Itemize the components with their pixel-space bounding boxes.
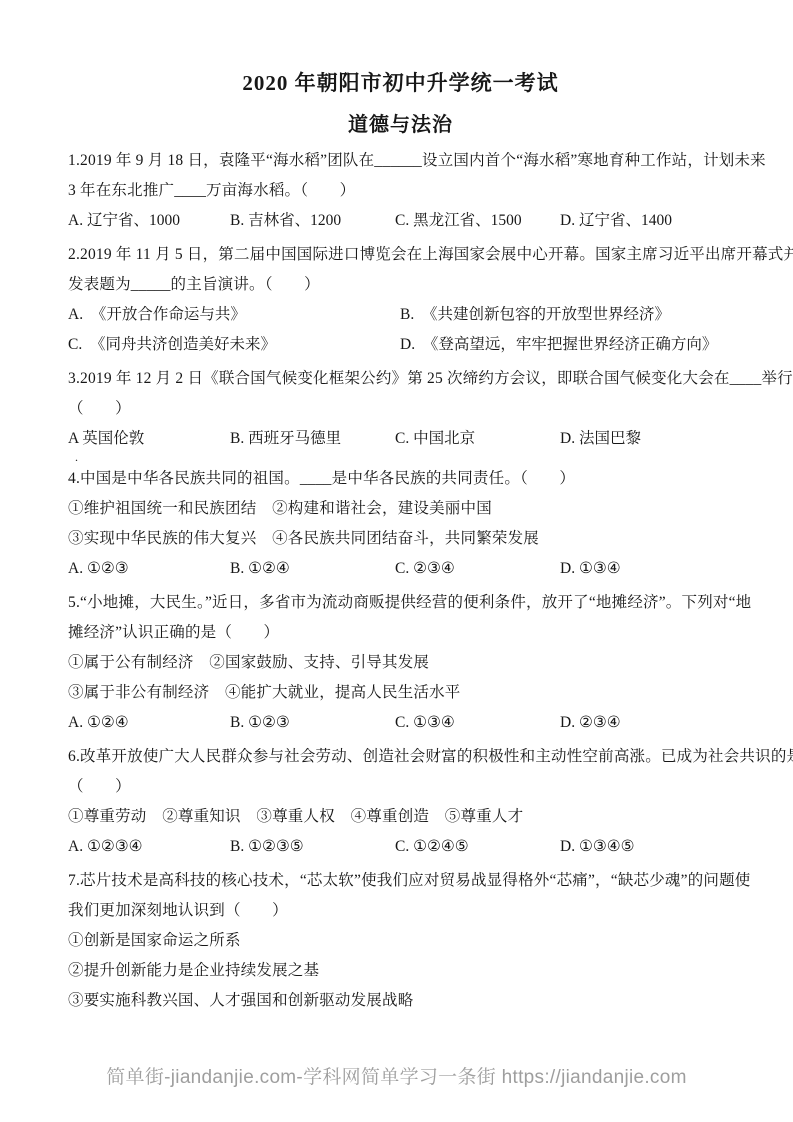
question-5-text-line-1: 5.“小地摊，大民生。”近日，多省市为流动商贩提供经营的便利条件，放开了“地摊经…: [68, 588, 733, 618]
question-6-items-line-1: ①尊重劳动 ②尊重知识 ③尊重人权 ④尊重创造 ⑤尊重人才: [68, 802, 733, 832]
exam-page: 2020 年朝阳市初中升学统一考试 道德与法治 1.2019 年 9 月 18 …: [0, 0, 793, 1122]
question-7: 7.芯片技术是高科技的核心技术，“芯太软”使我们应对贸易战显得格外“芯痛”，“缺…: [68, 866, 733, 1016]
question-7-text-line-2: 我们更加深刻地认识到（ ）: [68, 896, 733, 926]
question-2-text-line-2: 发表题为_____的主旨演讲。（ ）: [68, 270, 733, 300]
question-6-option-a: A. ①②③④: [68, 832, 230, 862]
watermark-footer: 简单街-jiandanjie.com-学科网简单学习一条街 https://ji…: [0, 1062, 793, 1089]
question-2-text-line-1: 2.2019 年 11 月 5 日，第二届中国国际进口博览会在上海国家会展中心开…: [68, 240, 733, 270]
exam-title: 2020 年朝阳市初中升学统一考试: [68, 70, 733, 96]
question-2-option-d: D. 《登高望远，牢牢把握世界经济正确方向》: [400, 330, 733, 360]
question-5-options: A. ①②④ B. ①②③ C. ①③④ D. ②③④: [68, 708, 733, 738]
question-7-items-line-1: ①创新是国家命运之所系: [68, 926, 733, 956]
question-6-options: A. ①②③④ B. ①②③⑤ C. ①②④⑤ D. ①③④⑤: [68, 832, 733, 862]
question-3-option-d: D. 法国巴黎: [560, 424, 733, 454]
question-4-items-line-2: ③实现中华民族的伟大复兴 ④各民族共同团结奋斗，共同繁荣发展: [68, 524, 733, 554]
question-6-text-line-1: 6.改革开放使广大人民群众参与社会劳动、创造社会财富的积极性和主动性空前高涨。已…: [68, 742, 733, 772]
question-7-items-line-2: ②提升创新能力是企业持续发展之基: [68, 956, 733, 986]
question-5-option-b: B. ①②③: [230, 708, 395, 738]
question-1-option-d: D. 辽宁省、1400: [560, 206, 733, 236]
question-1: 1.2019 年 9 月 18 日，袁隆平“海水稻”团队在______设立国内首…: [68, 146, 733, 236]
question-1-option-a: A. 辽宁省、1000: [68, 206, 230, 236]
question-5-option-c: C. ①③④: [395, 708, 560, 738]
question-6-option-b: B. ①②③⑤: [230, 832, 395, 862]
question-2-option-b: B. 《共建创新包容的开放型世界经济》: [400, 300, 733, 330]
question-6-text-line-2: （ ）: [68, 772, 733, 802]
question-2-options-row-2: C. 《同舟共济创造美好未来》 D. 《登高望远，牢牢把握世界经济正确方向》: [68, 330, 733, 360]
question-4-option-a: A. ①②③: [68, 554, 230, 584]
question-4-option-d: D. ①③④: [560, 554, 733, 584]
question-2-option-a: A. 《开放合作命运与共》: [68, 300, 400, 330]
question-1-text-line-1: 1.2019 年 9 月 18 日，袁隆平“海水稻”团队在______设立国内首…: [68, 146, 733, 176]
question-1-option-b: B. 吉林省、1200: [230, 206, 395, 236]
question-5-items-line-2: ③属于非公有制经济 ④能扩大就业，提高人民生活水平: [68, 678, 733, 708]
question-5-option-d: D. ②③④: [560, 708, 733, 738]
question-3: 3.2019 年 12 月 2 日《联合国气候变化框架公约》第 25 次缔约方会…: [68, 364, 733, 460]
question-5-items-line-1: ①属于公有制经济 ②国家鼓励、支持、引导其发展: [68, 648, 733, 678]
question-1-text-line-2: 3 年在东北推广____万亩海水稻。（ ）: [68, 176, 733, 206]
question-3-text-line-2: （ ）: [68, 394, 733, 424]
question-3-text-line-1: 3.2019 年 12 月 2 日《联合国气候变化框架公约》第 25 次缔约方会…: [68, 364, 733, 394]
question-4-items-line-1: ①维护祖国统一和民族团结 ②构建和谐社会，建设美丽中国: [68, 494, 733, 524]
question-6: 6.改革开放使广大人民群众参与社会劳动、创造社会财富的积极性和主动性空前高涨。已…: [68, 742, 733, 862]
stray-period-mark: .: [68, 454, 733, 460]
question-4: 4.中国是中华各民族共同的祖国。____是中华各民族的共同责任。（ ） ①维护祖…: [68, 464, 733, 584]
question-2-options-row-1: A. 《开放合作命运与共》 B. 《共建创新包容的开放型世界经济》: [68, 300, 733, 330]
question-3-options: A 英国伦敦 B. 西班牙马德里 C. 中国北京 D. 法国巴黎: [68, 424, 733, 454]
question-3-option-c: C. 中国北京: [395, 424, 560, 454]
question-4-options: A. ①②③ B. ①②④ C. ②③④ D. ①③④: [68, 554, 733, 584]
question-5-option-a: A. ①②④: [68, 708, 230, 738]
question-7-items-line-3: ③要实施科教兴国、人才强国和创新驱动发展战略: [68, 986, 733, 1016]
question-4-option-b: B. ①②④: [230, 554, 395, 584]
question-3-option-a: A 英国伦敦: [68, 424, 230, 454]
question-5-text-line-2: 摊经济”认识正确的是（ ）: [68, 618, 733, 648]
question-6-option-c: C. ①②④⑤: [395, 832, 560, 862]
question-1-option-c: C. 黑龙江省、1500: [395, 206, 560, 236]
question-2-option-c: C. 《同舟共济创造美好未来》: [68, 330, 400, 360]
question-1-options: A. 辽宁省、1000 B. 吉林省、1200 C. 黑龙江省、1500 D. …: [68, 206, 733, 236]
question-6-option-d: D. ①③④⑤: [560, 832, 733, 862]
question-4-text-line-1: 4.中国是中华各民族共同的祖国。____是中华各民族的共同责任。（ ）: [68, 464, 733, 494]
exam-subtitle: 道德与法治: [68, 113, 733, 137]
question-5: 5.“小地摊，大民生。”近日，多省市为流动商贩提供经营的便利条件，放开了“地摊经…: [68, 588, 733, 738]
question-7-text-line-1: 7.芯片技术是高科技的核心技术，“芯太软”使我们应对贸易战显得格外“芯痛”，“缺…: [68, 866, 733, 896]
question-4-option-c: C. ②③④: [395, 554, 560, 584]
question-2: 2.2019 年 11 月 5 日，第二届中国国际进口博览会在上海国家会展中心开…: [68, 240, 733, 360]
question-3-option-b: B. 西班牙马德里: [230, 424, 395, 454]
